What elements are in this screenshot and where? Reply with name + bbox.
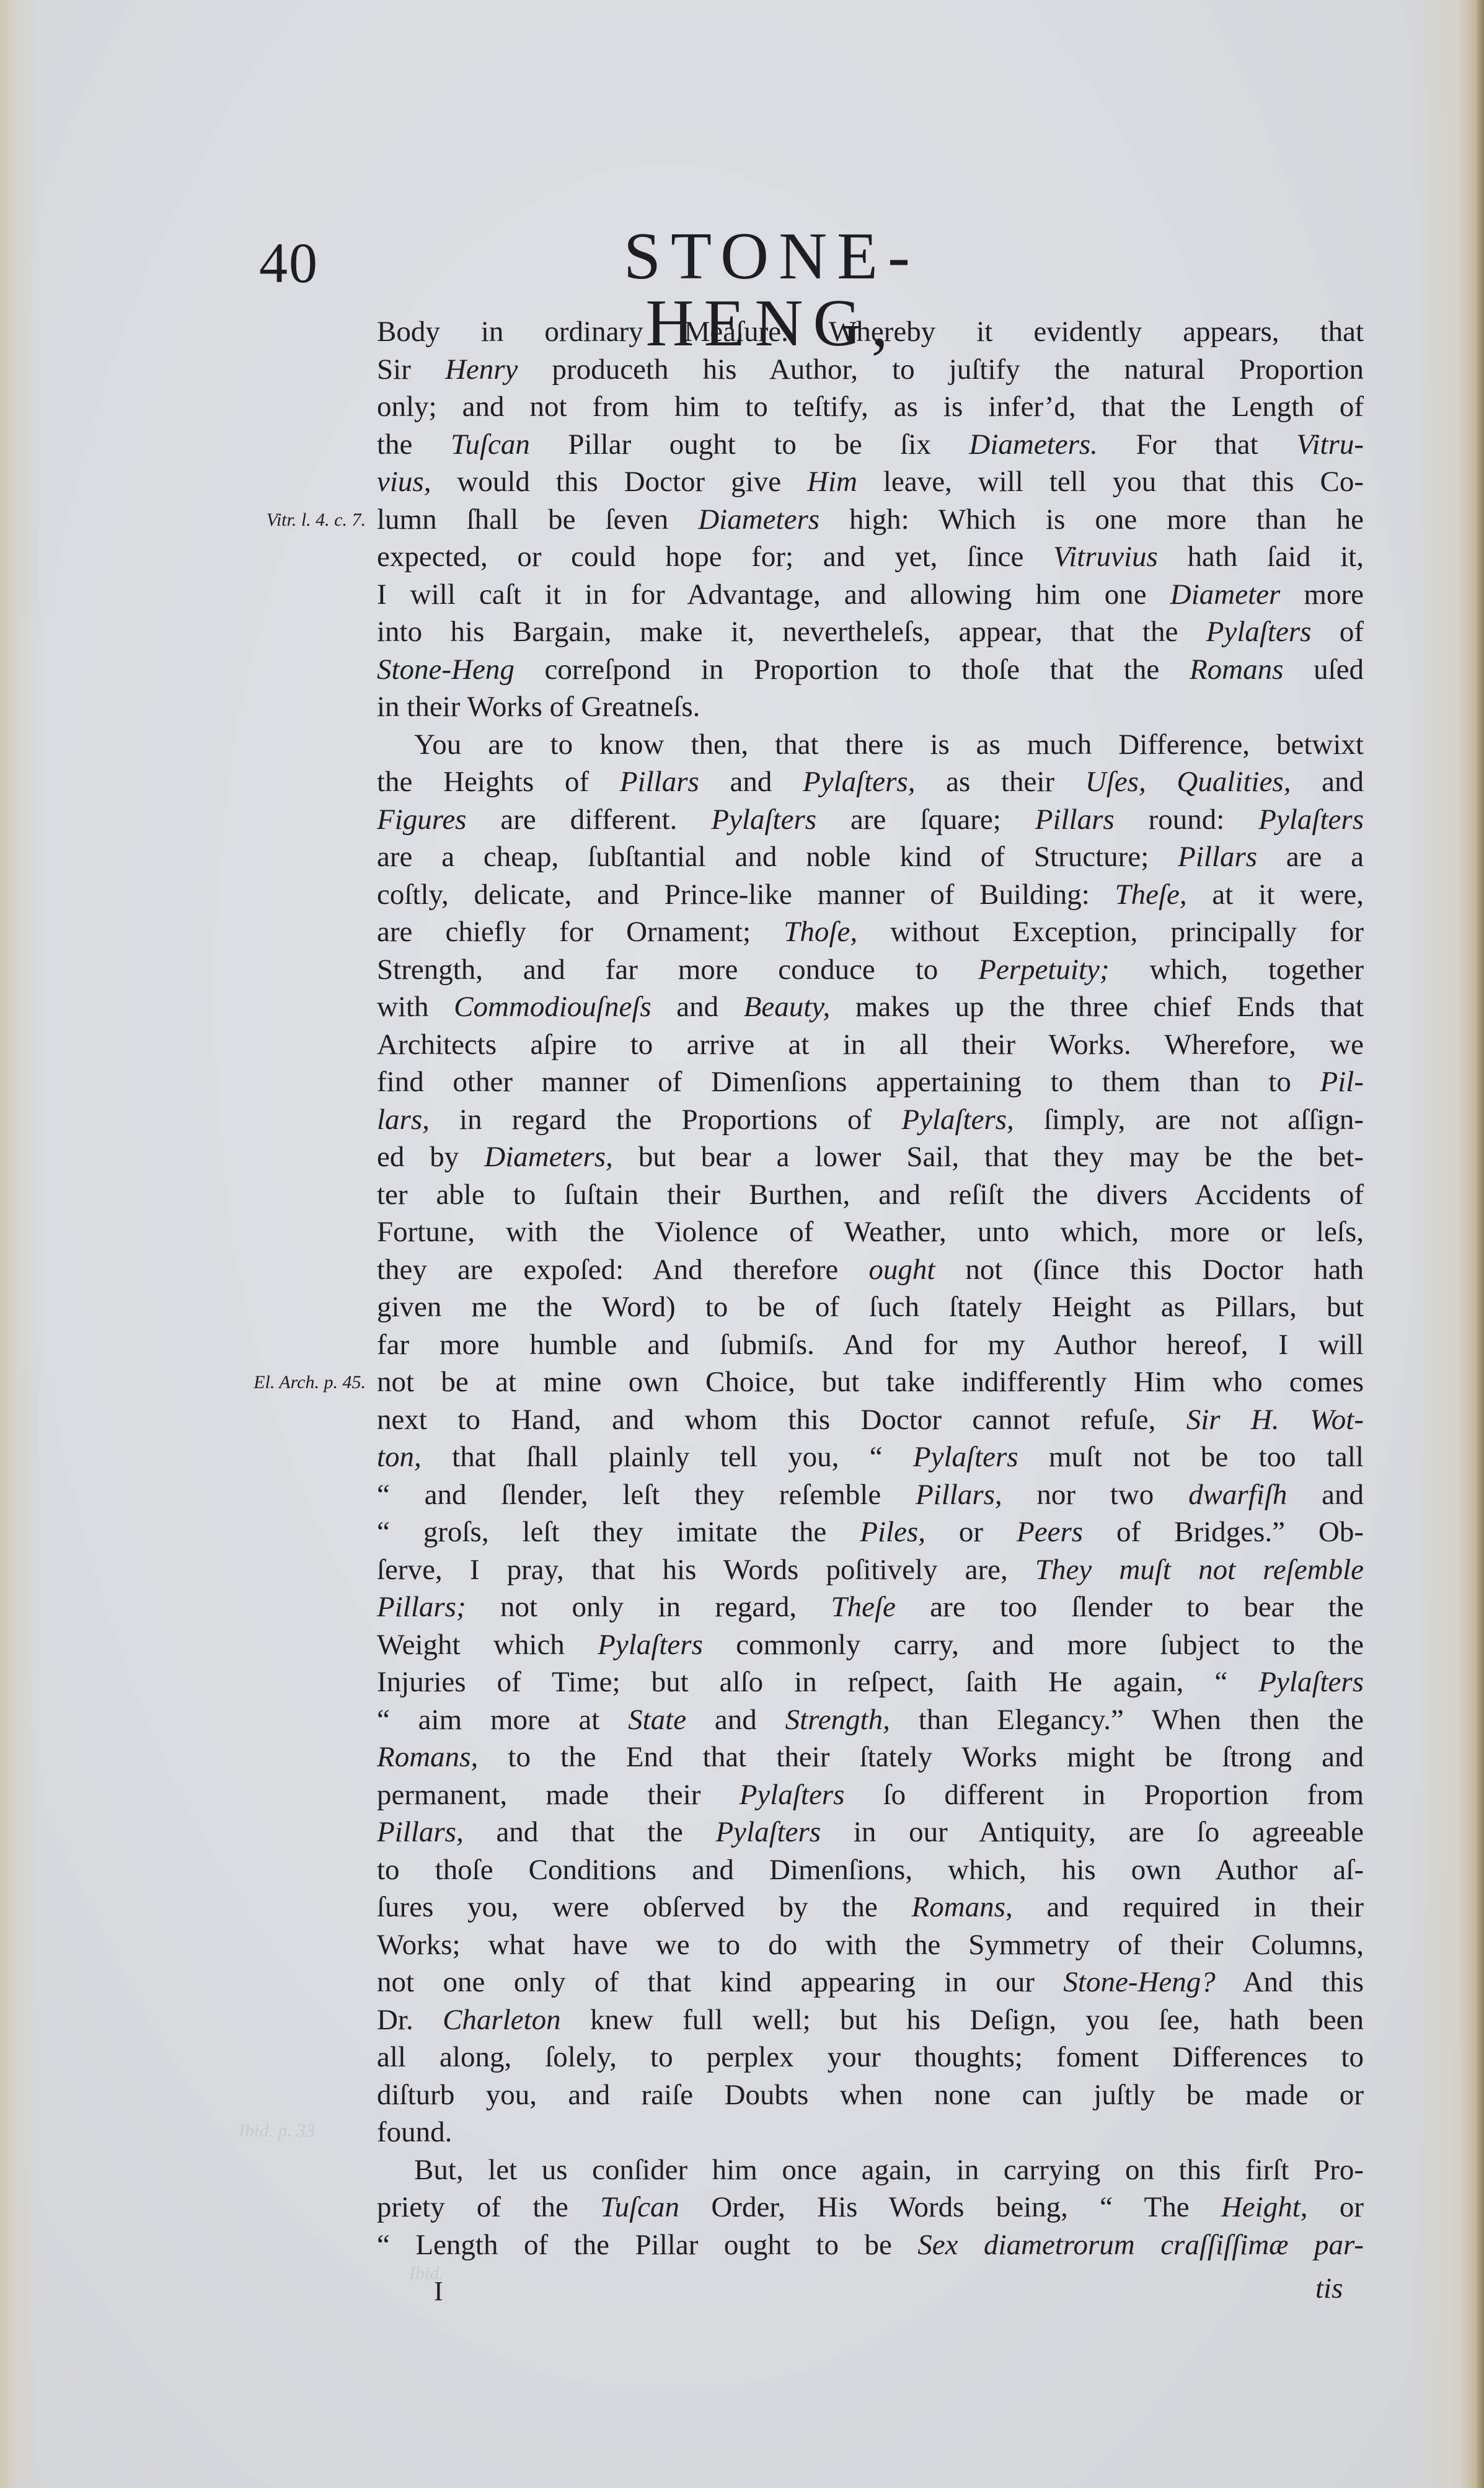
roman-run: not be at mine own Choice, but take indi…: [377, 1366, 1364, 1398]
text-line: lumn ſhall be ſeven Diameters high: Whic…: [377, 501, 1364, 539]
text-line: Strength, and far more conduce to Perpet…: [377, 951, 1364, 989]
text-line: the Tuſcan Pillar ought to be ſix Diamet…: [377, 426, 1364, 464]
roman-run: muſt not be too tall: [1018, 1441, 1364, 1473]
italic-run: Pillars: [620, 766, 699, 798]
roman-run: correſpond in Proportion to thoſe that t…: [515, 653, 1190, 686]
italic-run: Beauty,: [744, 991, 831, 1023]
roman-run: in regard the Proportions of: [430, 1104, 901, 1136]
italic-run: Thoſe,: [784, 916, 857, 948]
roman-run: at it were,: [1187, 879, 1364, 911]
roman-run: knew full well; but his Deſign, you ſee,…: [561, 2004, 1364, 2036]
roman-run: Weight which: [377, 1629, 598, 1661]
text-line: Romans, to the End that their ſtately Wo…: [377, 1738, 1364, 1776]
italic-run: Romans: [1190, 653, 1283, 686]
roman-run: “ aim more at: [377, 1704, 628, 1736]
text-line: given me the Word) to be of ſuch ſtately…: [377, 1288, 1364, 1326]
margin-note-elements-architecture: El. Arch. p. 45.: [217, 1372, 366, 1393]
roman-run: into his Bargain, make it, nevertheleſs,…: [377, 616, 1206, 648]
text-line: coſtly, delicate, and Prince-like manner…: [377, 876, 1364, 914]
text-line: Architects aſpire to arrive at in all th…: [377, 1026, 1364, 1064]
text-line: But, let us conſider him once again, in …: [377, 2151, 1364, 2189]
roman-run: Strength, and far more conduce to: [377, 954, 978, 986]
italic-run: Vitru-: [1296, 428, 1364, 461]
text-line: Sir Henry produceth his Author, to juſti…: [377, 351, 1364, 389]
italic-run: State: [628, 1704, 686, 1736]
italic-run: Pillars;: [377, 1591, 466, 1623]
italic-run: Pillars,: [916, 1479, 1002, 1511]
text-line: the Heights of Pillars and Pylaſters, as…: [377, 763, 1364, 801]
text-line: ed by Diameters, but bear a lower Sail, …: [377, 1138, 1364, 1176]
roman-run: of: [1311, 616, 1364, 648]
roman-run: more: [1280, 578, 1364, 611]
text-line: only; and not from him to teſtify, as is…: [377, 388, 1364, 426]
roman-run: and: [686, 1704, 785, 1736]
italic-run: Piles,: [860, 1516, 925, 1548]
text-line: Dr. Charleton knew full well; but his De…: [377, 2001, 1364, 2039]
italic-run: Pillars: [1035, 804, 1115, 836]
roman-run: expected, or could hope for; and yet, ſi…: [377, 541, 1053, 573]
roman-run: ſo different in Proportion from: [844, 1779, 1364, 1811]
italic-run: Theſe: [831, 1591, 896, 1623]
text-line: lars, in regard the Proportions of Pylaſ…: [377, 1101, 1364, 1139]
text-line: “ aim more at State and Strength, than E…: [377, 1701, 1364, 1739]
italic-run: dwarfiſh: [1188, 1479, 1287, 1511]
text-line: “ and ſlender, leſt they reſemble Pillar…: [377, 1476, 1364, 1514]
roman-run: given me the Word) to be of ſuch ſtately…: [377, 1291, 1364, 1323]
text-line: Works; what have we to do with the Symme…: [377, 1926, 1364, 1964]
roman-run: “ and ſlender, leſt they reſemble: [377, 1479, 916, 1511]
italic-run: Pylaſters: [1258, 804, 1364, 836]
text-line: Pillars, and that the Pylaſters in our A…: [377, 1813, 1364, 1851]
text-line: to thoſe Conditions and Dimenſions, whic…: [377, 1851, 1364, 1889]
text-line: with Commodiouſneſs and Beauty, makes up…: [377, 988, 1364, 1026]
italic-run: Pylaſters: [1206, 616, 1312, 648]
roman-run: not one only of that kind appearing in o…: [377, 1966, 1063, 1998]
roman-run: and required in their: [1013, 1891, 1364, 1923]
roman-run: produceth his Author, to juſtify the nat…: [518, 353, 1364, 386]
text-line: Fortune, with the Violence of Weather, u…: [377, 1213, 1364, 1251]
italic-run: Stone-Heng?: [1063, 1966, 1215, 1998]
roman-run: which, together: [1110, 954, 1364, 986]
text-line: into his Bargain, make it, nevertheleſs,…: [377, 613, 1364, 651]
italic-run: Romans,: [912, 1891, 1013, 1923]
text-line: Injuries of Time; but alſo in reſpect, ſ…: [377, 1663, 1364, 1701]
text-line: I will caſt it in for Advantage, and all…: [377, 576, 1364, 614]
roman-run: leave, will tell you that this Co-: [857, 466, 1364, 498]
text-line: Pillars; not only in regard, Theſe are t…: [377, 1588, 1364, 1626]
text-line: found.: [377, 2114, 1364, 2151]
roman-run: would this Doctor give: [431, 466, 807, 498]
text-line: not be at mine own Choice, but take indi…: [377, 1363, 1364, 1401]
roman-run: are a cheap, ſubſtantial and noble kind …: [377, 841, 1178, 873]
roman-run: are too ſlender to bear the: [896, 1591, 1364, 1623]
italic-run: Sir H. Wot-: [1186, 1404, 1364, 1436]
roman-run: makes up the three chief Ends that: [830, 991, 1364, 1023]
italic-run: Height,: [1221, 2191, 1308, 2223]
roman-run: and: [1291, 766, 1364, 798]
italic-run: Uſes,: [1085, 766, 1146, 798]
text-line: Stone-Heng correſpond in Proportion to t…: [377, 651, 1364, 689]
roman-run: are a: [1257, 841, 1364, 873]
roman-run: than Elegancy.” When then the: [890, 1704, 1364, 1736]
roman-run: ſerve, I pray, that his Words poſitively…: [377, 1554, 1035, 1586]
text-line: Figures are different. Pylaſters are ſqu…: [377, 801, 1364, 839]
text-line: not one only of that kind appearing in o…: [377, 1963, 1364, 2001]
roman-run: of Bridges.” Ob-: [1083, 1516, 1364, 1548]
margin-note-vitruvius: Vitr. l. 4. c. 7.: [217, 510, 366, 531]
roman-run: “ Length of the Pillar ought to be: [377, 2229, 917, 2261]
italic-run: Figures: [377, 804, 466, 836]
roman-run: nor two: [1002, 1479, 1188, 1511]
text-line: ſerve, I pray, that his Words poſitively…: [377, 1551, 1364, 1589]
roman-run: or: [1308, 2191, 1364, 2223]
text-line: “ Length of the Pillar ought to be Sex d…: [377, 2226, 1364, 2264]
roman-run: Order, His Words being, “ The: [679, 2191, 1221, 2223]
italic-run: ton,: [377, 1441, 422, 1473]
roman-run: with: [377, 991, 454, 1023]
italic-run: Pylaſters: [598, 1629, 703, 1661]
text-line: expected, or could hope for; and yet, ſi…: [377, 538, 1364, 576]
page-number: 40: [259, 234, 319, 291]
text-line: Weight which Pylaſters commonly carry, a…: [377, 1626, 1364, 1664]
roman-run: You are to know then, that there is as m…: [414, 728, 1364, 761]
roman-run: Pillar ought to be ſix: [530, 428, 969, 461]
roman-run: far more humble and ſubmiſs. And for my …: [377, 1329, 1364, 1361]
text-line: priety of the Tuſcan Order, His Words be…: [377, 2189, 1364, 2226]
italic-run: Commodiouſneſs: [454, 991, 651, 1023]
text-line: “ groſs, leſt they imitate the Piles, or…: [377, 1513, 1364, 1551]
roman-run: the Heights of: [377, 766, 620, 798]
text-line: next to Hand, and whom this Doctor canno…: [377, 1401, 1364, 1439]
roman-run: not (ſince this Doctor hath: [935, 1254, 1364, 1286]
italic-run: Pylaſters: [913, 1441, 1018, 1473]
roman-run: commonly carry, and more ſubject to the: [703, 1629, 1364, 1661]
italic-run: Perpetuity;: [978, 954, 1109, 986]
text-line: You are to know then, that there is as m…: [377, 726, 1364, 764]
roman-run: or: [925, 1516, 1017, 1548]
italic-run: Sex diametrorum craſſiſſimæ par-: [917, 2229, 1364, 2261]
roman-run: are different.: [466, 804, 711, 836]
roman-run: Fortune, with the Violence of Weather, u…: [377, 1216, 1364, 1248]
roman-run: Injuries of Time; but alſo in reſpect, ſ…: [377, 1666, 1258, 1698]
text-line: all along, ſolely, to perplex your thoug…: [377, 2039, 1364, 2076]
body-text: Body in ordinary Meaſure. Whereby it evi…: [377, 313, 1364, 2264]
roman-run: Works; what have we to do with the Symme…: [377, 1929, 1364, 1961]
signature-mark: I: [434, 2275, 443, 2307]
roman-run: are chiefly for Ornament;: [377, 916, 784, 948]
italic-run: Tuſcan: [451, 428, 530, 461]
italic-run: Romans,: [377, 1741, 478, 1773]
italic-run: Pylaſters: [1258, 1666, 1364, 1698]
roman-run: [1146, 766, 1177, 798]
text-line: diſturb you, and raiſe Doubts when none …: [377, 2076, 1364, 2114]
roman-run: and: [1287, 1479, 1364, 1511]
roman-run: Dr.: [377, 2004, 443, 2036]
italic-run: Diameters: [698, 503, 819, 536]
roman-run: and: [651, 991, 744, 1023]
roman-run: round:: [1115, 804, 1259, 836]
italic-run: Pillars: [1178, 841, 1257, 873]
italic-run: Stone-Heng: [377, 653, 515, 686]
roman-run: that ſhall plainly tell you, “: [422, 1441, 913, 1473]
italic-run: Charleton: [443, 2004, 561, 2036]
italic-run: Pylaſters,: [901, 1104, 1014, 1136]
roman-run: priety of the: [377, 2191, 600, 2223]
text-line: in their Works of Greatneſs.: [377, 688, 1364, 726]
text-line: are chiefly for Ornament; Thoſe, without…: [377, 913, 1364, 951]
text-line: ſures you, were obſerved by the Romans, …: [377, 1888, 1364, 1926]
text-line: far more humble and ſubmiſs. And for my …: [377, 1326, 1364, 1364]
italic-run: They muſt not reſemble: [1035, 1554, 1364, 1586]
italic-run: Strength,: [785, 1704, 890, 1736]
roman-run: ter able to ſuſtain their Burthen, and r…: [377, 1179, 1364, 1211]
roman-run: the: [377, 428, 451, 461]
roman-run: and that the: [464, 1816, 716, 1848]
italic-run: Pylaſters: [715, 1816, 821, 1848]
roman-run: not only in regard,: [466, 1591, 831, 1623]
text-line: Body in ordinary Meaſure. Whereby it evi…: [377, 313, 1364, 351]
roman-run: without Exception, principally for: [857, 916, 1364, 948]
roman-run: “ groſs, leſt they imitate the: [377, 1516, 860, 1548]
roman-run: hath ſaid it,: [1158, 541, 1364, 573]
italic-run: Him: [807, 466, 857, 498]
italic-run: Diameters.: [969, 428, 1098, 461]
roman-run: are ſquare;: [816, 804, 1035, 836]
italic-run: Pylaſters: [711, 804, 816, 836]
roman-run: ſimply, are not aſſign-: [1014, 1104, 1364, 1136]
text-line: ton, that ſhall plainly tell you, “ Pyla…: [377, 1438, 1364, 1476]
italic-run: Pylaſters: [740, 1779, 845, 1811]
roman-run: uſed: [1283, 653, 1364, 686]
roman-run: For that: [1098, 428, 1296, 461]
text-line: they are expoſed: And therefore ought no…: [377, 1251, 1364, 1289]
italic-run: Diameter: [1170, 578, 1281, 611]
roman-run: as their: [915, 766, 1085, 798]
italic-run: Diameters,: [484, 1141, 613, 1173]
roman-run: Body in ordinary Meaſure. Whereby it evi…: [377, 316, 1364, 348]
roman-run: coſtly, delicate, and Prince-like manner…: [377, 879, 1115, 911]
roman-run: I will caſt it in for Advantage, and all…: [377, 578, 1170, 611]
text-line: vius, would this Doctor give Him leave, …: [377, 463, 1364, 501]
roman-run: in their Works of Greatneſs.: [377, 691, 700, 723]
italic-run: Tuſcan: [600, 2191, 679, 2223]
italic-run: Theſe,: [1115, 879, 1187, 911]
italic-run: Pillars,: [377, 1816, 464, 1848]
roman-run: high: Which is one more than he: [819, 503, 1364, 536]
italic-run: Peers: [1017, 1516, 1083, 1548]
roman-run: they are expoſed: And therefore: [377, 1254, 868, 1286]
roman-run: all along, ſolely, to perplex your thoug…: [377, 2041, 1364, 2073]
text-line: permanent, made their Pylaſters ſo diffe…: [377, 1776, 1364, 1814]
roman-run: lumn ſhall be ſeven: [377, 503, 698, 536]
roman-run: Sir: [377, 353, 445, 386]
italic-run: Henry: [445, 353, 518, 386]
italic-run: Pil-: [1320, 1066, 1364, 1098]
roman-run: next to Hand, and whom this Doctor canno…: [377, 1404, 1186, 1436]
italic-run: ought: [868, 1254, 935, 1286]
italic-run: Vitruvius: [1053, 541, 1158, 573]
roman-run: and: [699, 766, 803, 798]
italic-run: Pylaſters,: [803, 766, 915, 798]
roman-run: to thoſe Conditions and Dimenſions, whic…: [377, 1854, 1364, 1886]
italic-run: Qualities,: [1177, 766, 1291, 798]
roman-run: find other manner of Dimenſions appertai…: [377, 1066, 1320, 1098]
text-line: find other manner of Dimenſions appertai…: [377, 1063, 1364, 1101]
bleed-through-mark: Ibid. p. 33: [239, 2120, 315, 2141]
italic-run: vius,: [377, 466, 431, 498]
roman-run: diſturb you, and raiſe Doubts when none …: [377, 2079, 1364, 2111]
text-line: ter able to ſuſtain their Burthen, and r…: [377, 1176, 1364, 1214]
roman-run: only; and not from him to teſtify, as is…: [377, 391, 1364, 423]
text-line: are a cheap, ſubſtantial and noble kind …: [377, 838, 1364, 876]
roman-run: permanent, made their: [377, 1779, 740, 1811]
italic-run: lars,: [377, 1104, 430, 1136]
roman-run: But, let us conſider him once again, in …: [414, 2154, 1364, 2186]
roman-run: to the End that their ſtately Works migh…: [478, 1741, 1364, 1773]
roman-run: Architects aſpire to arrive at in all th…: [377, 1029, 1364, 1061]
roman-run: but bear a lower Sail, that they may be …: [613, 1141, 1364, 1173]
catchword: tis: [1315, 2272, 1343, 2305]
roman-run: ed by: [377, 1141, 484, 1173]
roman-run: found.: [377, 2116, 452, 2148]
roman-run: in our Antiquity, are ſo agreeable: [821, 1816, 1364, 1848]
roman-run: ſures you, were obſerved by the: [377, 1891, 912, 1923]
roman-run: And this: [1216, 1966, 1364, 1998]
